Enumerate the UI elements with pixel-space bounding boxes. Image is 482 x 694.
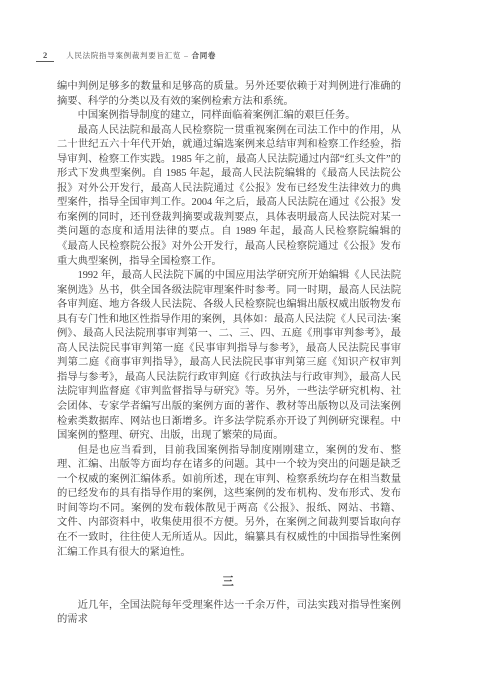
title-separator: –: [184, 51, 188, 60]
body-paragraph: 但是也应当看到，目前我国案例指导制度刚刚建立，案例的发布、整理、汇编、出版等方面…: [57, 444, 401, 560]
body-paragraph: 编中判例足够多的数量和足够高的质量。另外还要依赖于对判例进行准确的摘要、科学的分…: [57, 80, 401, 109]
body-paragraph: 最高人民法院和最高人民检察院一贯重视案例在司法工作中的作用，从二十世纪五六十年代…: [57, 124, 401, 269]
body-paragraph: 中国案例指导制度的建立，同样面临着案例汇编的艰巨任务。: [57, 109, 401, 124]
book-page: 2 人民法院指导案例裁判要旨汇览 – 合同卷 编中判例足够多的数量和足够高的质量…: [0, 0, 482, 694]
page-number: 2: [36, 50, 54, 62]
page-body: 编中判例足够多的数量和足够高的质量。另外还要依赖于对判例进行准确的摘要、科学的分…: [57, 80, 401, 628]
book-title: 人民法院指导案例裁判要旨汇览: [66, 50, 181, 61]
volume-title: 合同卷: [192, 50, 217, 61]
body-paragraph: 1992 年，最高人民法院下属的中国应用法学研究所开始编辑《人民法院案例选》丛书…: [57, 269, 401, 444]
page-header: 2 人民法院指导案例裁判要旨汇览 – 合同卷: [36, 50, 422, 62]
closing-paragraph: 近几年，全国法院每年受理案件达一千余万件，司法实践对指导性案例的需求: [57, 599, 401, 628]
section-heading: 三: [57, 575, 401, 590]
